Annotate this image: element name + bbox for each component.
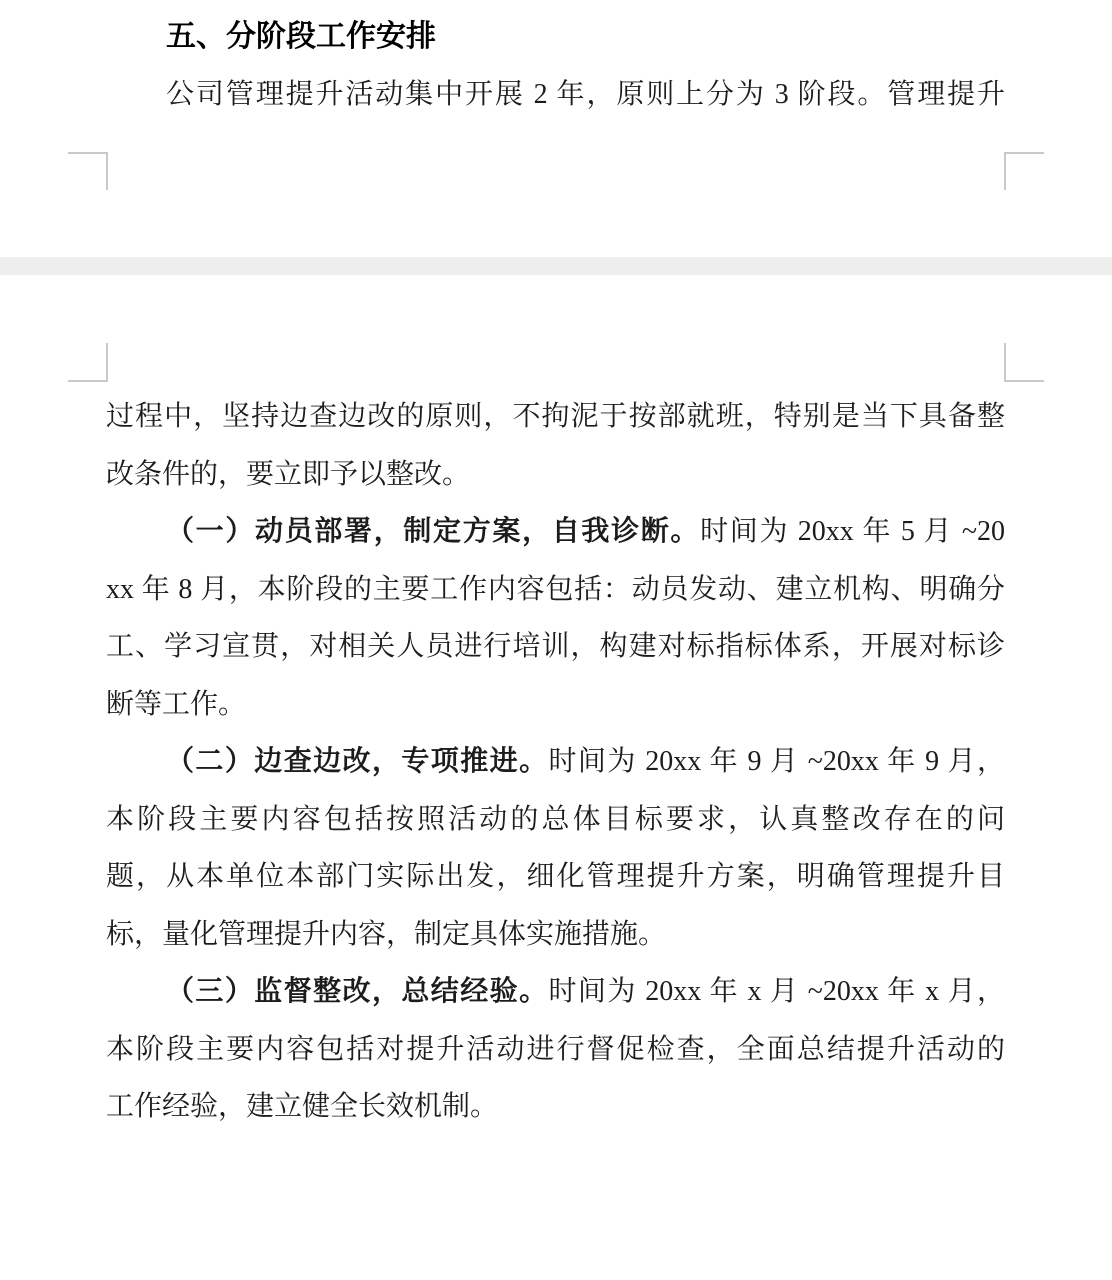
body-line-text: xx 年 8 月，本阶段的主要工作内容包括：动员发动、建立机构、明确分: [106, 574, 1005, 605]
bold-lead-in: （二）边查边改，专项推进。: [166, 746, 549, 777]
page-gap-band: [0, 257, 1112, 275]
text-boundary-mark-bottom-left-icon: [68, 152, 108, 190]
body-line-text: 时间为 20xx 年 5 月 ~20: [700, 516, 1005, 547]
bold-lead-in: （三）监督整改，总结经验。: [166, 976, 549, 1007]
body-line-text: 工、学习宣贯，对相关人员进行培训，构建对标指标体系，开展对标诊: [106, 631, 1005, 662]
body-line[interactable]: （一）动员部署，制定方案，自我诊断。时间为 20xx 年 5 月 ~20: [106, 503, 1005, 561]
body-line[interactable]: 本阶段主要内容包括对提升活动进行督促检查，全面总结提升活动的: [106, 1021, 1005, 1079]
body-line[interactable]: 标，量化管理提升内容，制定具体实施措施。: [106, 906, 1005, 964]
body-line[interactable]: 过程中，坚持边查边改的原则，不拘泥于按部就班，特别是当下具备整: [106, 388, 1005, 446]
body-line[interactable]: （三）监督整改，总结经验。时间为 20xx 年 x 月 ~20xx 年 x 月，: [106, 963, 1005, 1021]
body-line-text: 工作经验，建立健全长效机制。: [106, 1091, 498, 1122]
body-line[interactable]: 工、学习宣贯，对相关人员进行培训，构建对标指标体系，开展对标诊: [106, 618, 1005, 676]
body-line-text: 本阶段主要内容包括对提升活动进行督促检查，全面总结提升活动的: [106, 1034, 1005, 1065]
body-line-text: 时间为 20xx 年 9 月 ~20xx 年 9 月，: [549, 746, 1006, 777]
body-line[interactable]: 工作经验，建立健全长效机制。: [106, 1078, 1005, 1136]
body-line-text: 断等工作。: [106, 689, 246, 720]
text-boundary-mark-top-right-icon: [1004, 343, 1044, 382]
body-line-text: 题，从本单位本部门实际出发，细化管理提升方案，明确管理提升目: [106, 861, 1005, 892]
body-line-text: 标，量化管理提升内容，制定具体实施措施。: [106, 919, 666, 950]
bold-lead-in: （一）动员部署，制定方案，自我诊断。: [166, 516, 700, 547]
body-line[interactable]: 改条件的，要立即予以整改。: [106, 446, 1005, 504]
body-line[interactable]: 本阶段主要内容包括按照活动的总体目标要求，认真整改存在的问: [106, 791, 1005, 849]
text-boundary-mark-bottom-right-icon: [1004, 152, 1044, 190]
body-line[interactable]: xx 年 8 月，本阶段的主要工作内容包括：动员发动、建立机构、明确分: [106, 561, 1005, 619]
body-line[interactable]: （二）边查边改，专项推进。时间为 20xx 年 9 月 ~20xx 年 9 月，: [106, 733, 1005, 791]
page2-text-area: 过程中，坚持边查边改的原则，不拘泥于按部就班，特别是当下具备整 改条件的，要立即…: [106, 388, 1005, 1136]
body-line-text: 过程中，坚持边查边改的原则，不拘泥于按部就班，特别是当下具备整: [106, 401, 1005, 432]
body-line[interactable]: 题，从本单位本部门实际出发，细化管理提升方案，明确管理提升目: [106, 848, 1005, 906]
section-heading[interactable]: 五、分阶段工作安排: [106, 8, 1005, 66]
document-canvas: { "colors": { "text": "#1c1c1c", "headin…: [0, 0, 1112, 1280]
body-line-text: 时间为 20xx 年 x 月 ~20xx 年 x 月，: [549, 976, 1006, 1007]
body-line-text: 改条件的，要立即予以整改。: [106, 459, 470, 490]
body-line-text: 本阶段主要内容包括按照活动的总体目标要求，认真整改存在的问: [106, 804, 1005, 835]
text-boundary-mark-top-left-icon: [68, 343, 108, 382]
body-line[interactable]: 公司管理提升活动集中开展 2 年，原则上分为 3 阶段。管理提升: [106, 66, 1005, 124]
body-line[interactable]: 断等工作。: [106, 676, 1005, 734]
page1-text-area: 五、分阶段工作安排 公司管理提升活动集中开展 2 年，原则上分为 3 阶段。管理…: [106, 8, 1005, 123]
